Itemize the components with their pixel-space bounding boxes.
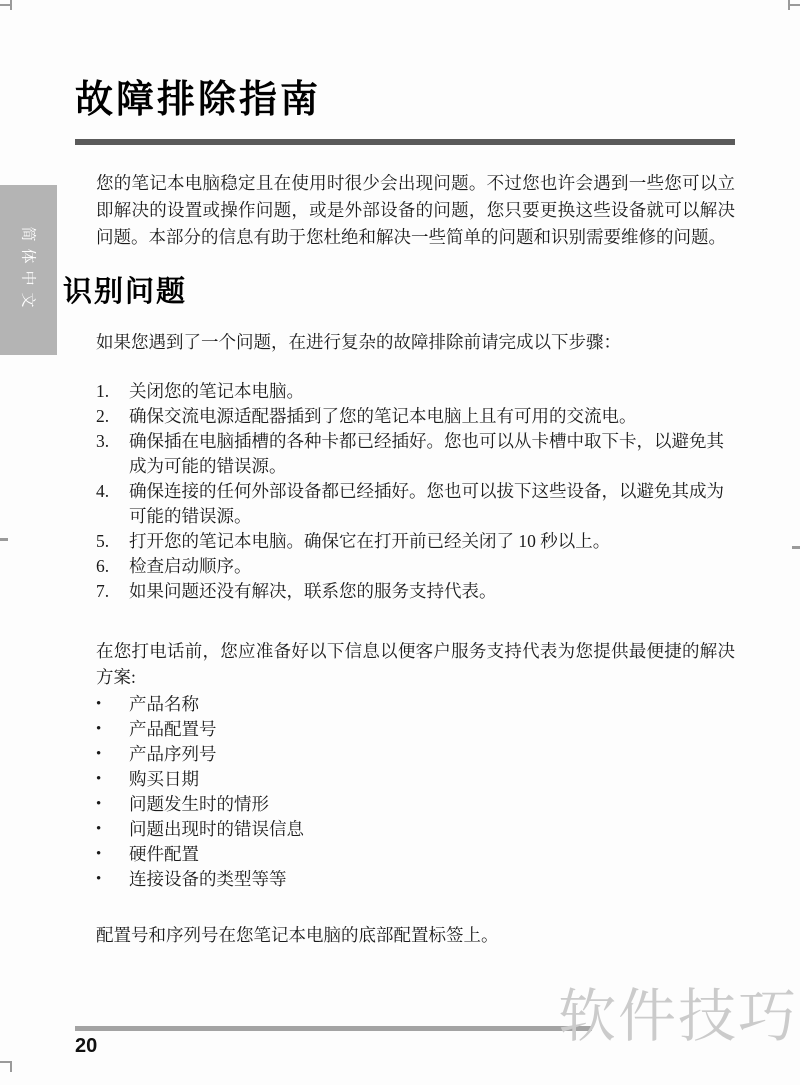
call-prep-paragraph: 在您打电话前，您应准备好以下信息以便客户服务支持代表为您提供最便捷的解决方案:	[96, 638, 735, 690]
step-text: 打开您的笔记本电脑。确保它在打开前已经关闭了 10 秒以上。	[129, 529, 735, 554]
bullet-glyph: •	[96, 867, 129, 892]
troubleshooting-steps: 1. 关闭您的笔记本电脑。 2. 确保交流电源适配器插到了您的笔记本电脑上且有可…	[96, 379, 735, 604]
checklist-item: • 产品配置号	[96, 717, 735, 742]
bullet-glyph: •	[96, 692, 129, 717]
language-edge-tab-label: 简体中文	[18, 226, 39, 314]
step-number: 7.	[96, 579, 129, 604]
step-item: 4. 确保连接的任何外部设备都已经插好。您也可以拔下这些设备，以避免其成为可能的…	[96, 479, 735, 529]
step-text: 关闭您的笔记本电脑。	[129, 379, 735, 404]
crop-mark-top-right	[788, 0, 790, 10]
checklist-text: 产品配置号	[129, 717, 217, 742]
checklist-item: • 产品序列号	[96, 742, 735, 767]
info-checklist: • 产品名称 • 产品配置号 • 产品序列号 • 购买日期	[96, 692, 735, 892]
manual-page: 简体中文 故障排除指南 您的笔记本电脑稳定且在使用时很少会出现问题。不过您也许会…	[0, 0, 800, 1085]
crop-mark-top-left	[10, 0, 12, 10]
checklist-text: 硬件配置	[129, 842, 199, 867]
step-number: 5.	[96, 529, 129, 554]
bullet-glyph: •	[96, 767, 129, 792]
page-title: 故障排除指南	[75, 78, 735, 122]
step-text: 如果问题还没有解决，联系您的服务支持代表。	[129, 579, 735, 604]
language-edge-tab: 简体中文	[0, 185, 57, 355]
registration-dash-right	[792, 546, 800, 549]
crop-mark-bottom-left	[10, 1061, 12, 1072]
step-text: 确保插在电脑插槽的各种卡都已经插好。您也可以从卡槽中取下卡，以避免其成为可能的错…	[129, 429, 735, 479]
footer-rule	[75, 1026, 592, 1031]
watermark-text: 软件技巧	[558, 969, 798, 1053]
checklist-text: 问题出现时的错误信息	[129, 817, 304, 842]
checklist-item: • 购买日期	[96, 767, 735, 792]
page-content: 故障排除指南 您的笔记本电脑稳定且在使用时很少会出现问题。不过您也许会遇到一些您…	[75, 78, 735, 948]
step-text: 检查启动顺序。	[129, 554, 735, 579]
section-heading: 识别问题	[63, 275, 735, 309]
step-item: 6. 检查启动顺序。	[96, 554, 735, 579]
step-text: 确保连接的任何外部设备都已经插好。您也可以拔下这些设备，以避免其成为可能的错误源…	[129, 479, 735, 529]
registration-dash-left	[0, 538, 8, 541]
checklist-text: 购买日期	[129, 767, 199, 792]
bullet-glyph: •	[96, 792, 129, 817]
step-item: 3. 确保插在电脑插槽的各种卡都已经插好。您也可以从卡槽中取下卡，以避免其成为可…	[96, 429, 735, 479]
page-number: 20	[75, 1035, 97, 1058]
title-rule	[75, 139, 735, 145]
checklist-item: • 问题出现时的错误信息	[96, 817, 735, 842]
step-number: 6.	[96, 554, 129, 579]
intro-paragraph: 您的笔记本电脑稳定且在使用时很少会出现问题。不过您也许会遇到一些您可以立即解决的…	[96, 170, 735, 251]
bullet-glyph: •	[96, 817, 129, 842]
label-location-note: 配置号和序列号在您笔记本电脑的底部配置标签上。	[96, 922, 735, 948]
checklist-text: 连接设备的类型等等	[129, 867, 287, 892]
step-item: 5. 打开您的笔记本电脑。确保它在打开前已经关闭了 10 秒以上。	[96, 529, 735, 554]
checklist-text: 产品序列号	[129, 742, 217, 767]
checklist-item: • 问题发生时的情形	[96, 792, 735, 817]
checklist-item: • 产品名称	[96, 692, 735, 717]
step-text: 确保交流电源适配器插到了您的笔记本电脑上且有可用的交流电。	[129, 404, 735, 429]
bullet-glyph: •	[96, 717, 129, 742]
crop-mark-top-right	[789, 4, 800, 6]
bullet-glyph: •	[96, 742, 129, 767]
checklist-text: 问题发生时的情形	[129, 792, 269, 817]
step-number: 4.	[96, 479, 129, 529]
checklist-text: 产品名称	[129, 692, 199, 717]
section-lead: 如果您遇到了一个问题，在进行复杂的故障排除前请完成以下步骤：	[96, 329, 735, 355]
step-number: 2.	[96, 404, 129, 429]
step-item: 2. 确保交流电源适配器插到了您的笔记本电脑上且有可用的交流电。	[96, 404, 735, 429]
step-item: 7. 如果问题还没有解决，联系您的服务支持代表。	[96, 579, 735, 604]
step-number: 3.	[96, 429, 129, 479]
step-item: 1. 关闭您的笔记本电脑。	[96, 379, 735, 404]
bullet-glyph: •	[96, 842, 129, 867]
checklist-item: • 硬件配置	[96, 842, 735, 867]
step-number: 1.	[96, 379, 129, 404]
checklist-item: • 连接设备的类型等等	[96, 867, 735, 892]
